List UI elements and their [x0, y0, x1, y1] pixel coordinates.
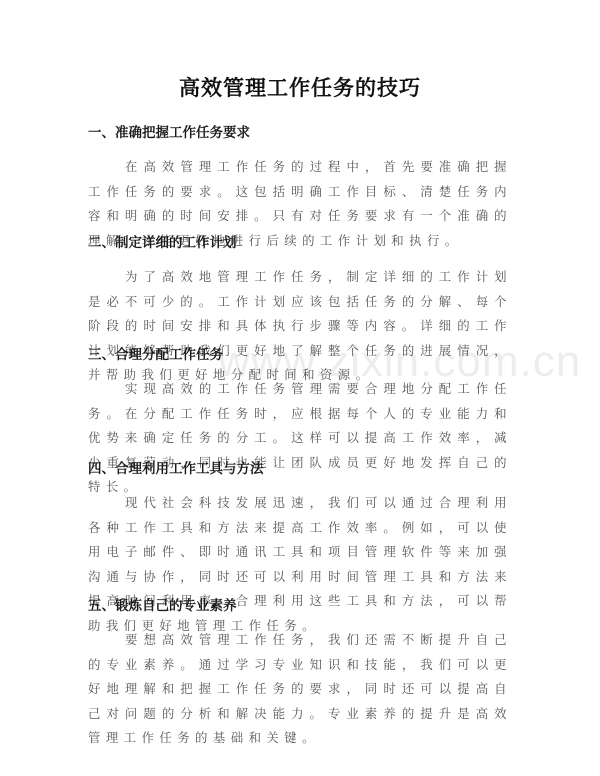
section-heading: 二、制定详细的工作计划	[88, 232, 512, 254]
document-page: 高效管理工作任务的技巧 www.zixin.com.cn 一、准确把握工作任务要…	[0, 0, 600, 776]
section-heading: 四、合理利用工作工具与方法	[88, 458, 512, 480]
section-heading: 五、锻炼自己的专业素养	[88, 595, 512, 617]
section-paragraph: 要想高效管理工作任务，我们还需不断提升自己的专业素养。通过学习专业知识和技能，我…	[88, 628, 512, 751]
section-heading: 三、合理分配工作任务	[88, 344, 512, 366]
document-title: 高效管理工作任务的技巧	[0, 72, 600, 102]
section-heading: 一、准确把握工作任务要求	[88, 122, 512, 144]
section-5: 五、锻炼自己的专业素养 要想高效管理工作任务，我们还需不断提升自己的专业素养。通…	[88, 595, 512, 751]
